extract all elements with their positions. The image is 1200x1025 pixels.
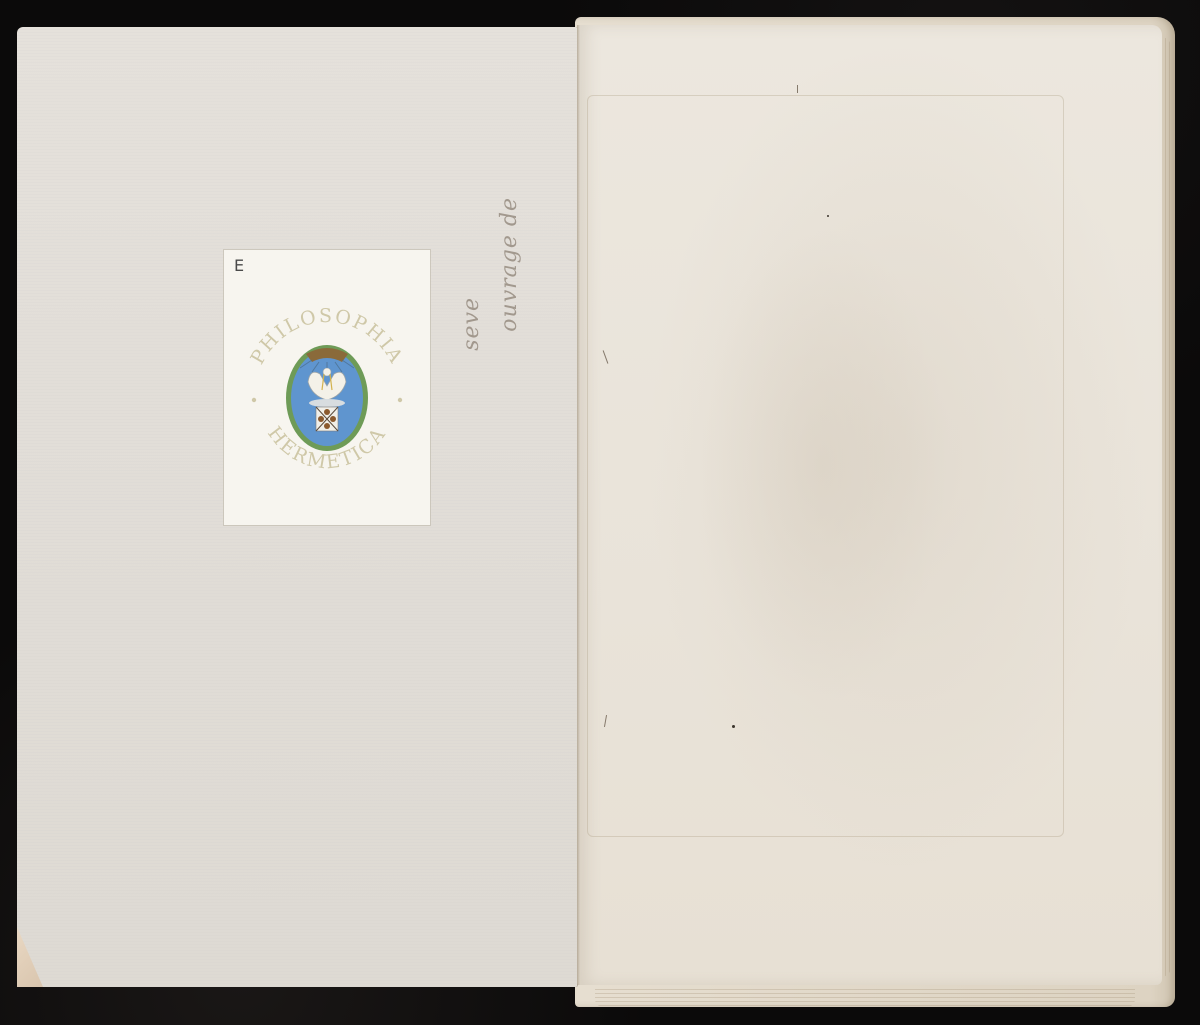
pelican-in-piety-icon: PHILOSOPHIA HERMETICA bbox=[224, 250, 430, 525]
inscription-line-2: seve bbox=[459, 297, 484, 351]
corner-fold bbox=[17, 927, 43, 987]
ink-speck bbox=[827, 215, 829, 217]
inscription-line-1: ouvrage de bbox=[497, 197, 522, 332]
offset-image-ghost bbox=[697, 225, 947, 705]
ink-speck bbox=[732, 725, 735, 728]
gutter-shadow bbox=[577, 25, 580, 985]
bookplate: E PHILOSOPHIA HERMETICA bbox=[224, 250, 430, 525]
left-pastedown-page: E PHILOSOPHIA HERMETICA bbox=[17, 27, 577, 987]
paper-fiber bbox=[797, 85, 798, 93]
bottom-edge-leaves bbox=[595, 989, 1135, 1007]
handwritten-inscription: ouvrage de seve bbox=[487, 187, 567, 487]
right-blank-page bbox=[577, 25, 1162, 985]
